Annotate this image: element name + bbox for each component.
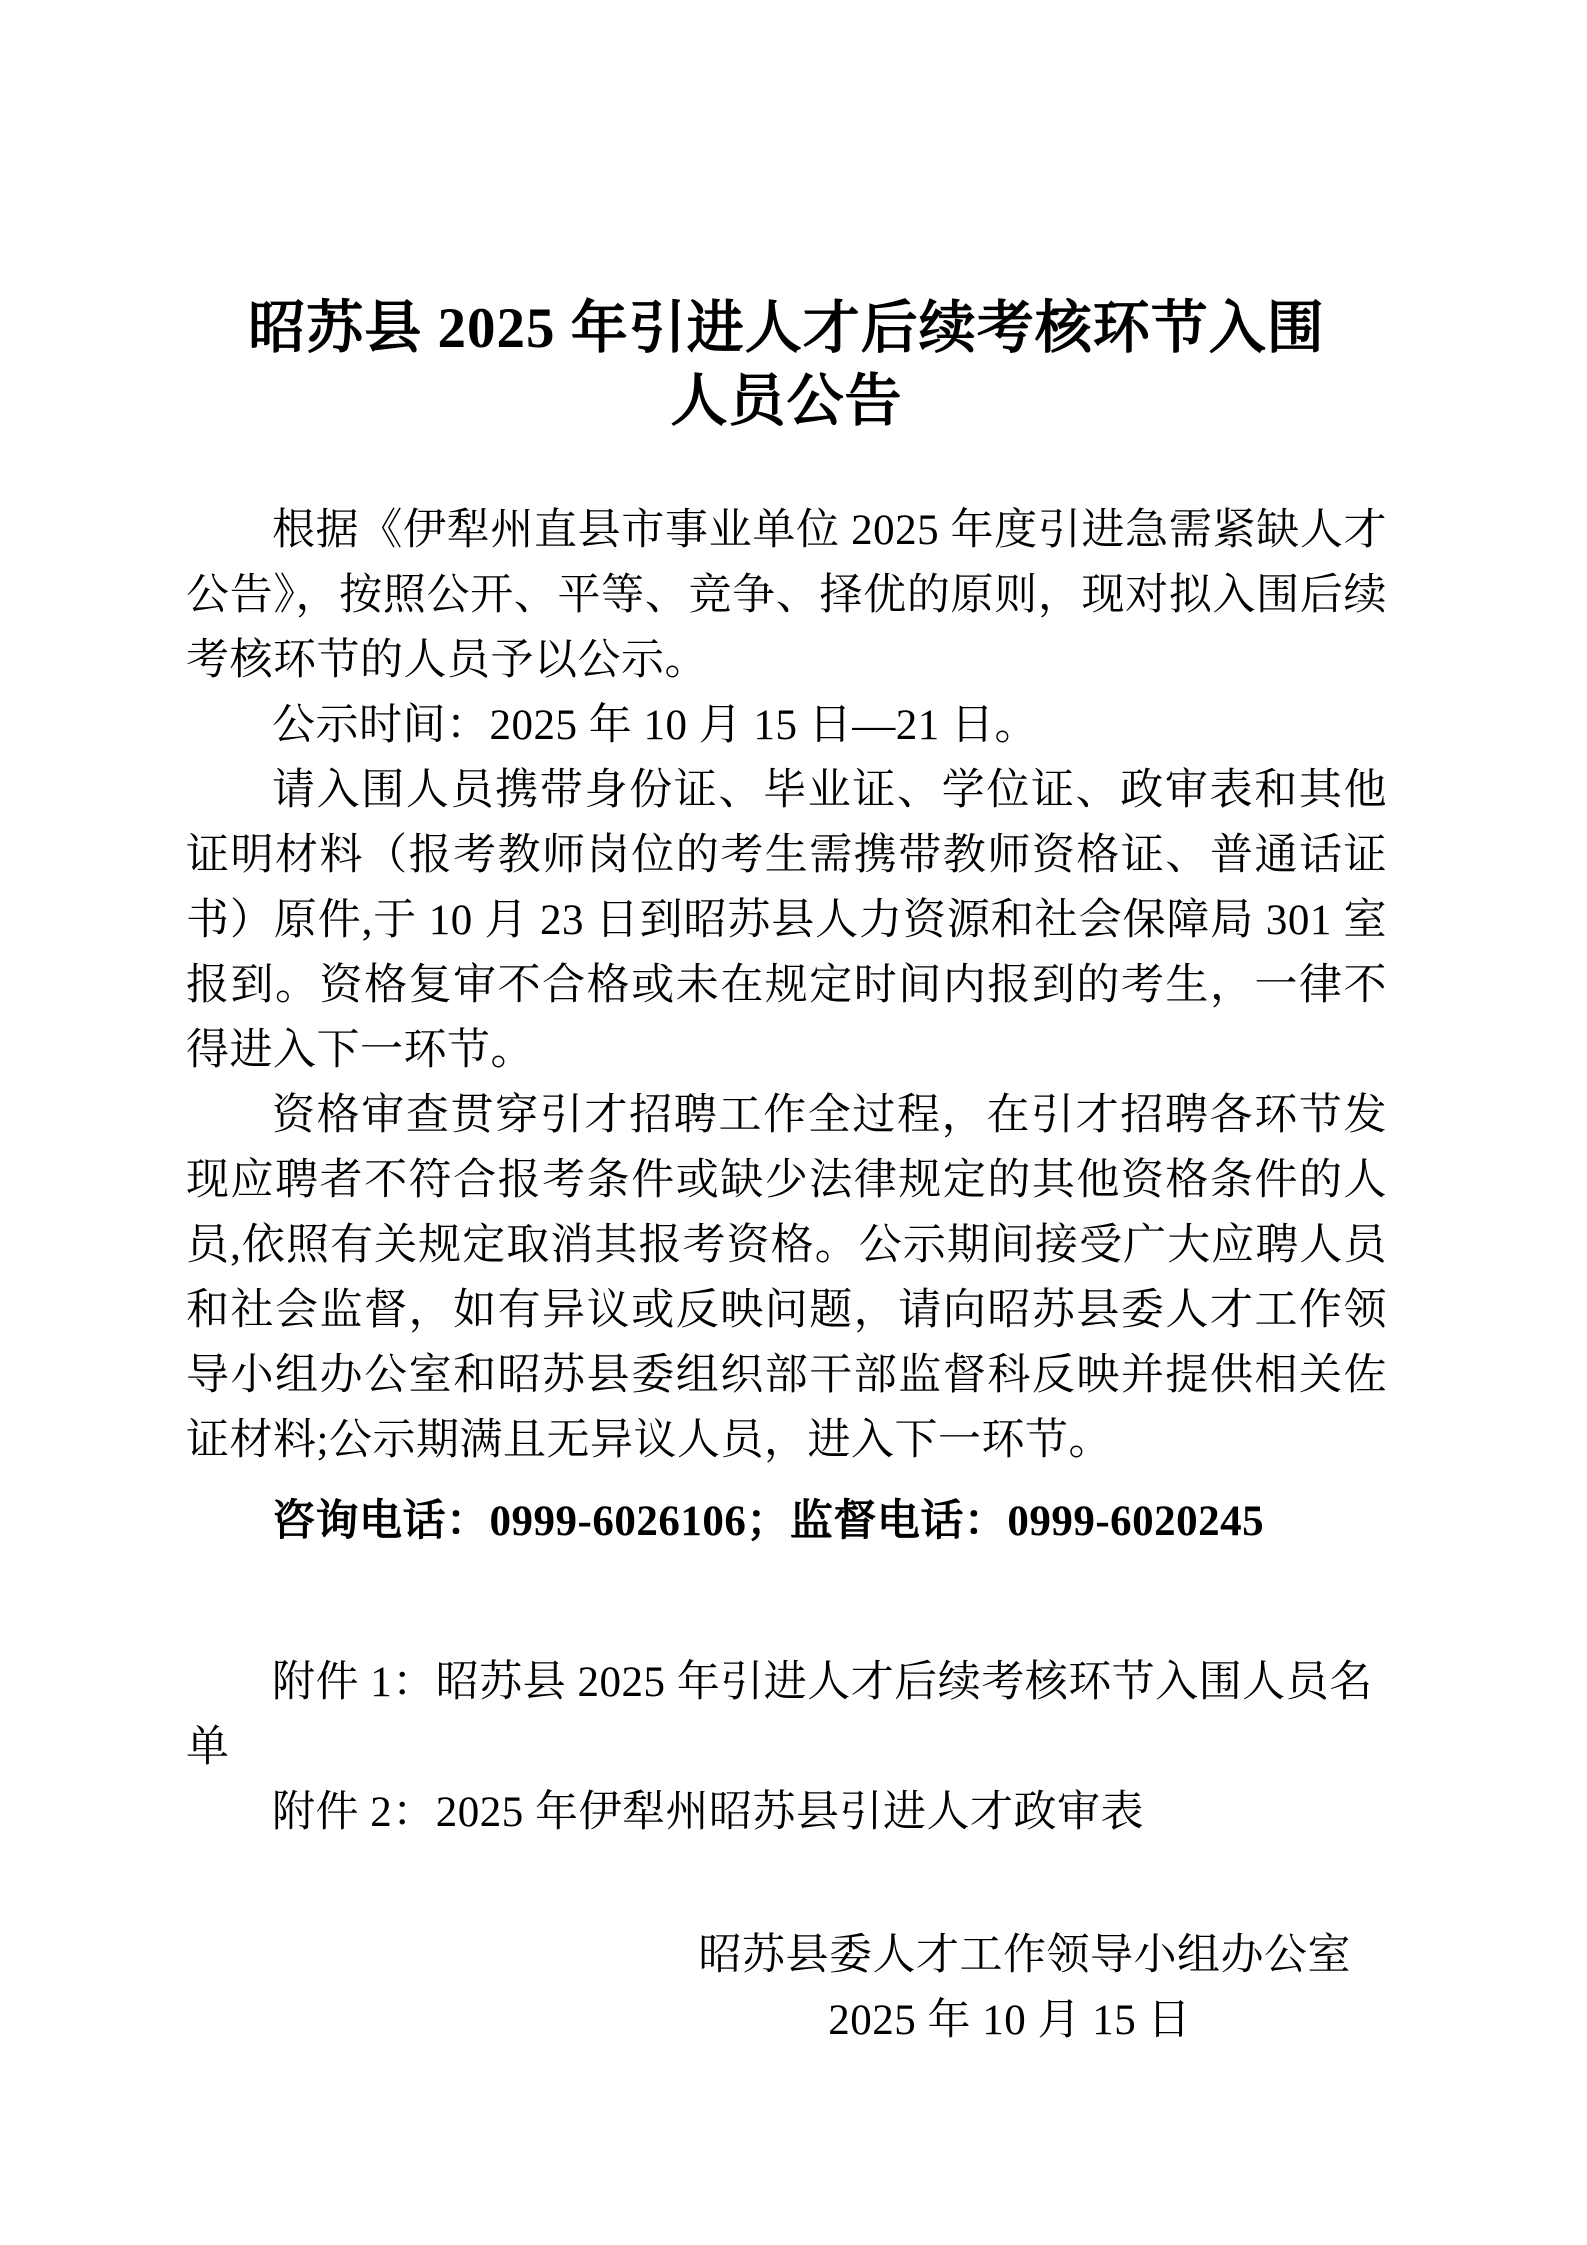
document-title: 昭苏县 2025 年引进人才后续考核环节入围 人员公告 [186,292,1387,438]
attachment-1: 附件 1：昭苏县 2025 年引进人才后续考核环节入围人员名单 [186,1650,1387,1780]
issue-date: 2025 年 10 月 15 日 [186,1988,1387,2053]
title-line-2: 人员公告 [186,365,1387,438]
attachments-section: 附件 1：昭苏县 2025 年引进人才后续考核环节入围人员名单 附件 2：202… [186,1650,1387,1845]
consult-phone-number: 0999-6026106 [490,1498,747,1545]
paragraph-qualification-review: 资格审查贯穿引才招聘工作全过程，在引才招聘各环节发现应聘者不符合报考条件或缺少法… [186,1083,1387,1473]
consult-phone-label: 咨询电话： [272,1498,490,1545]
attachment-2: 附件 2：2025 年伊犁州昭苏县引进人才政审表 [186,1780,1387,1845]
paragraph-publicity-period: 公示时间：2025 年 10 月 15 日—21 日。 [186,693,1387,758]
contact-separator: ； [746,1498,790,1545]
title-line-1: 昭苏县 2025 年引进人才后续考核环节入围 [186,292,1387,365]
signature-block: 昭苏县委人才工作领导小组办公室 2025 年 10 月 15 日 [186,1923,1387,2053]
supervise-phone-label: 监督电话： [790,1498,1008,1545]
supervise-phone-number: 0999-6020245 [1007,1498,1264,1545]
contact-line: 咨询电话：0999-6026106；监督电话：0999-6020245 [186,1489,1387,1554]
issuing-office: 昭苏县委人才工作领导小组办公室 [186,1923,1387,1988]
paragraph-basis: 根据《伊犁州直县市事业单位 2025 年度引进急需紧缺人才公告》，按照公开、平等… [186,498,1387,693]
paragraph-reporting-requirements: 请入围人员携带身份证、毕业证、学位证、政审表和其他证明材料（报考教师岗位的考生需… [186,758,1387,1083]
document-page: 昭苏县 2025 年引进人才后续考核环节入围 人员公告 根据《伊犁州直县市事业单… [0,0,1587,2245]
